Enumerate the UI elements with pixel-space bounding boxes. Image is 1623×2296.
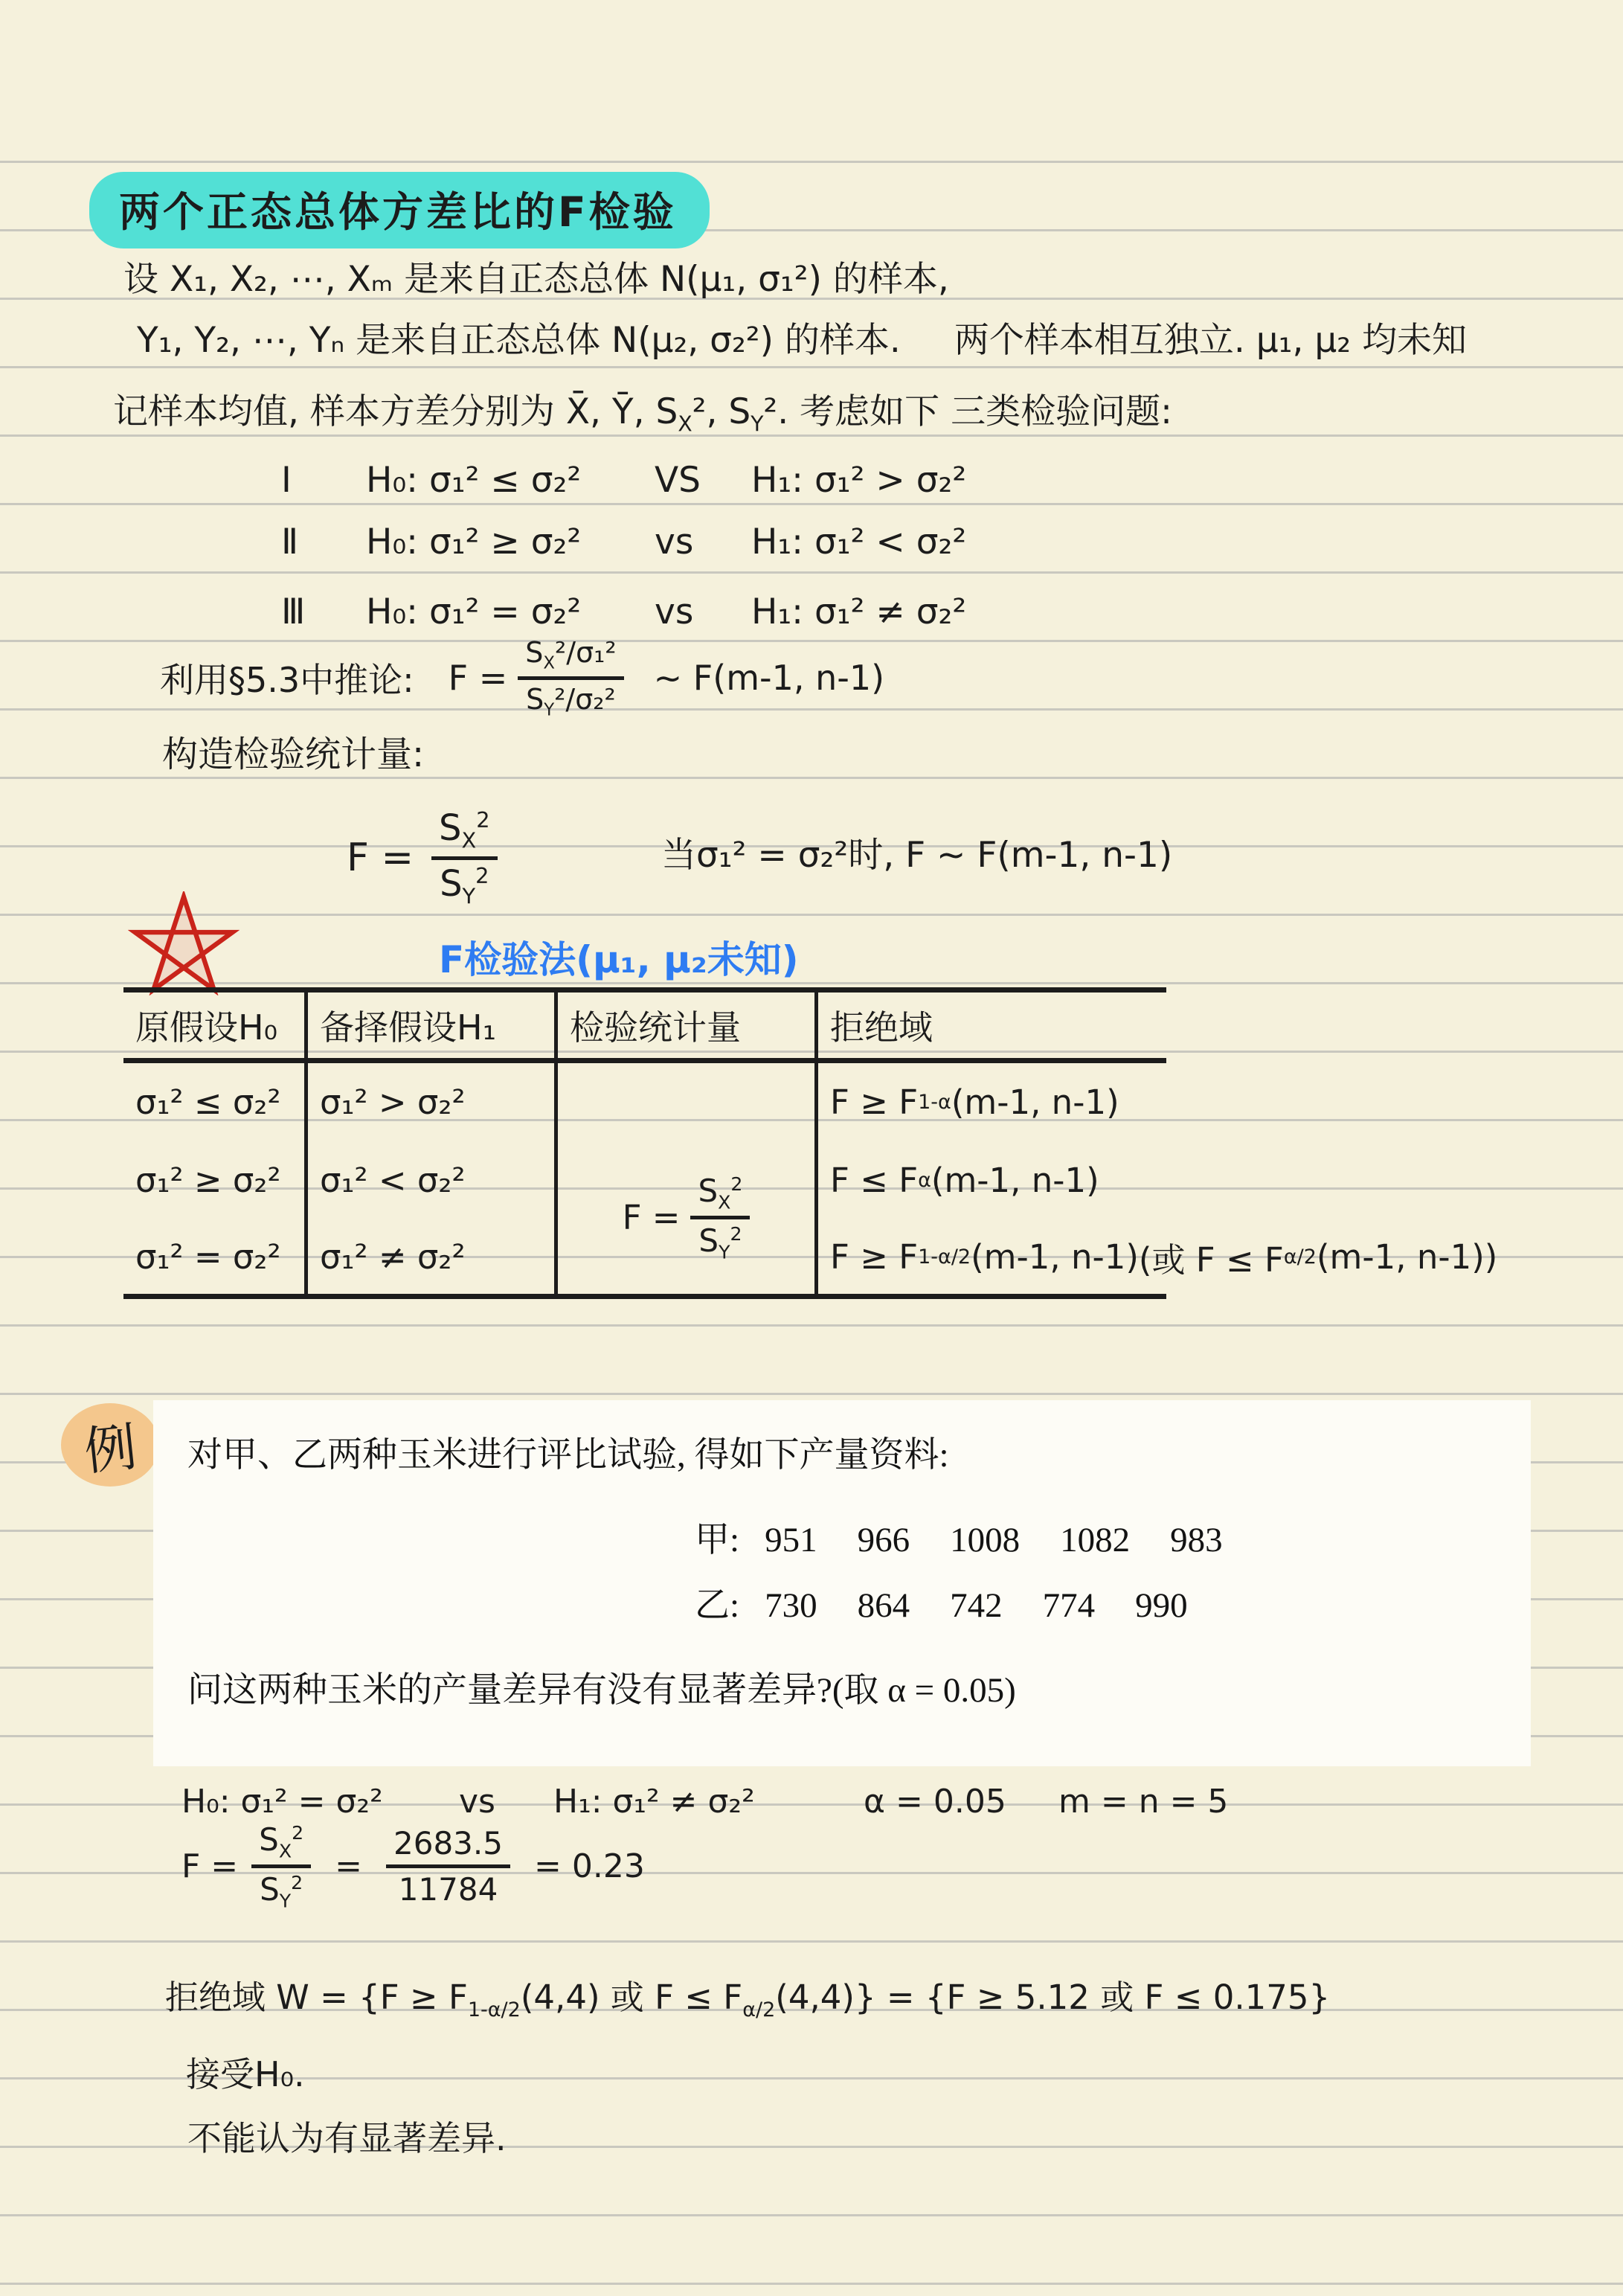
example-problem-box: 对甲、乙两种玉米进行评比试验, 得如下产量资料: 甲: 951 966 1008…	[153, 1400, 1531, 1766]
solution-h0: H₀: σ₁² = σ₂²	[181, 1783, 459, 1821]
hypothesis-row-1: ⅠH₀: σ₁² ≤ σ₂²VSH₁: σ₁² > σ₂²	[281, 460, 966, 501]
vs-label: vs	[655, 591, 751, 632]
derivation-prefix: 利用§5.3中推论:	[160, 653, 414, 702]
roman-numeral-2: Ⅱ	[281, 522, 366, 562]
example-badge: 例	[61, 1403, 159, 1487]
f-equals: F =	[449, 658, 508, 698]
null-hypothesis: H₀: σ₁² ≤ σ₂²	[366, 460, 655, 501]
statistic-condition: 当σ₁² = σ₂²时, F ~ F(m-1, n-1)	[661, 827, 1172, 877]
table-row: σ₁² > σ₂²	[308, 1063, 558, 1141]
hypothesis-row-2: ⅡH₀: σ₁² ≥ σ₂²vsH₁: σ₁² < σ₂²	[281, 522, 966, 562]
statistic-fraction: SX2 SY2	[431, 807, 498, 908]
table-row: σ₁² = σ₂²	[123, 1219, 308, 1294]
solution-accept: 接受H₀.	[186, 2048, 305, 2097]
null-hypothesis: H₀: σ₁² ≥ σ₂²	[366, 522, 655, 562]
notebook-page: 两个正态总体方差比的F检验 设 X₁, X₂, ⋯, Xₘ 是来自正态总体 N(…	[0, 0, 1623, 2296]
solution-rejection-region: 拒绝域 W = {F ≥ F1-α/2(4,4) 或 F ≤ Fα/2(4,4)…	[165, 1970, 1330, 2021]
vs-label: vs	[459, 1783, 553, 1821]
solution-conclusion: 不能认为有显著差异.	[187, 2111, 507, 2161]
star-icon	[128, 891, 240, 995]
example-question: 问这两种玉米的产量差异有没有显著差异?(取 α = 0.05)	[187, 1662, 1016, 1712]
distribution-note: ~ F(m-1, n-1)	[654, 658, 884, 698]
example-prompt: 对甲、乙两种玉米进行评比试验, 得如下产量资料:	[187, 1427, 949, 1477]
col-header-h1: 备择假设H₁	[308, 993, 558, 1063]
alt-hypothesis: H₁: σ₁² > σ₂²	[751, 460, 966, 501]
null-hypothesis: H₀: σ₁² = σ₂²	[366, 591, 655, 632]
rejection-region-1: F ≥ F1-α(m-1, n-1)	[818, 1063, 1166, 1141]
f-value-result: = 0.23	[534, 1847, 645, 1885]
data-row-jia: 甲: 951 966 1008 1082 983	[695, 1512, 1263, 1562]
solution-hypotheses: H₀: σ₁² = σ₂²vsH₁: σ₁² ≠ σ₂²α = 0.05m = …	[181, 1783, 1228, 1821]
derivation-line: 利用§5.3中推论: F = SX²/σ₁² SY²/σ₂² ~ F(m-1, …	[160, 636, 884, 719]
col-header-rejection: 拒绝域	[818, 993, 1166, 1063]
alt-hypothesis: H₁: σ₁² < σ₂²	[751, 522, 966, 562]
intro-line-1: 设 X₁, X₂, ⋯, Xₘ 是来自正态总体 N(μ₁, σ₁²) 的样本,	[123, 251, 949, 301]
vs-label: vs	[655, 522, 751, 562]
table-row: σ₁² ≥ σ₂²	[123, 1141, 308, 1219]
rejection-region-2: F ≤ Fα(m-1, n-1)	[818, 1141, 1166, 1219]
solution-statistic-fraction: SX2 SY2	[251, 1821, 311, 1912]
roman-numeral-1: Ⅰ	[281, 460, 366, 501]
title-highlight: 两个正态总体方差比的F检验	[89, 172, 710, 248]
f-equals: F =	[347, 836, 414, 880]
col-header-statistic: 检验统计量	[558, 993, 818, 1063]
table-statistic-fraction: SX2 SY2	[690, 1173, 750, 1263]
row-label: 乙:	[695, 1577, 739, 1627]
solution-calculation: F = SX2 SY2 = 2683.5 11784 = 0.23	[181, 1821, 655, 1912]
row-label: 甲:	[695, 1512, 739, 1562]
rejection-region-3: F ≥ F1-α/2(m-1, n-1) (或 F ≤ Fα/2(m-1, n-…	[818, 1219, 1166, 1294]
construct-statistic-label: 构造检验统计量:	[162, 725, 424, 777]
test-statistic-formula: F = SX2 SY2	[347, 807, 498, 908]
f-test-table: 原假设H₀ 备择假设H₁ 检验统计量 拒绝域 σ₁² ≤ σ₂² σ₁² > σ…	[123, 987, 1166, 1299]
solution-h1: H₁: σ₁² ≠ σ₂²	[553, 1783, 864, 1821]
method-title: F检验法(μ₁, μ₂未知)	[439, 930, 799, 984]
sample-sizes: m = n = 5	[1058, 1783, 1228, 1821]
solution-number-fraction: 2683.5 11784	[386, 1825, 510, 1908]
intro-line-2: Y₁, Y₂, ⋯, Yₙ 是来自正态总体 N(μ₂, σ₂²) 的样本.两个样…	[137, 312, 1467, 362]
vs-label: VS	[655, 460, 751, 501]
table-row: σ₁² ≠ σ₂²	[308, 1219, 558, 1294]
alpha-value: α = 0.05	[864, 1783, 1058, 1821]
intro-line-3: 记样本均值, 样本方差分别为 X̄, Ȳ, SX², SY². 考虑如下 三类检…	[113, 384, 1172, 436]
roman-numeral-3: Ⅲ	[281, 591, 366, 632]
table-row: σ₁² ≤ σ₂²	[123, 1063, 308, 1141]
col-header-h0: 原假设H₀	[123, 993, 308, 1063]
example-badge-label: 例	[80, 1405, 140, 1485]
table-statistic-cell: F = SX2 SY2	[558, 1141, 818, 1294]
alt-hypothesis: H₁: σ₁² ≠ σ₂²	[751, 591, 966, 632]
data-row-yi: 乙: 730 864 742 774 990	[695, 1577, 1228, 1627]
table-row: σ₁² < σ₂²	[308, 1141, 558, 1219]
f-equals: F =	[181, 1847, 238, 1885]
derivation-fraction: SX²/σ₁² SY²/σ₂²	[518, 636, 623, 719]
hypothesis-row-3: ⅢH₀: σ₁² = σ₂²vsH₁: σ₁² ≠ σ₂²	[281, 591, 966, 632]
table-cell-empty	[558, 1063, 818, 1141]
page-title: 两个正态总体方差比的F检验	[119, 188, 677, 236]
